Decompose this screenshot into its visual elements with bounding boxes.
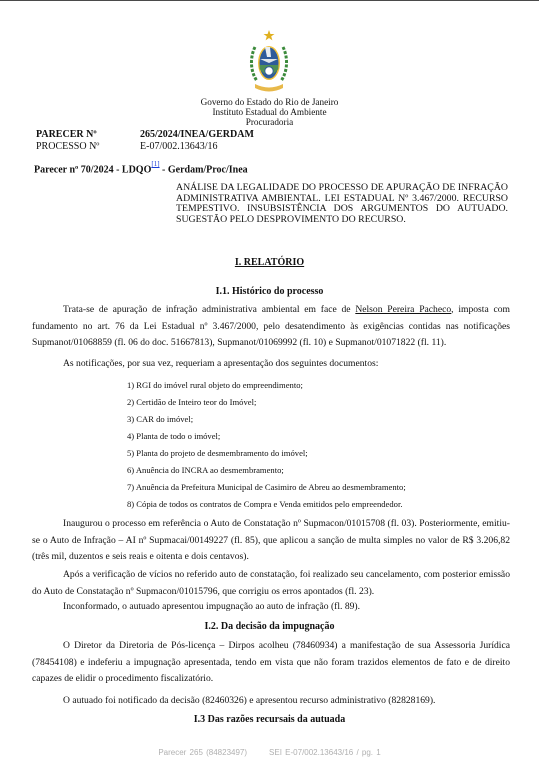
footnote-link[interactable]: [1] <box>151 160 159 168</box>
list-item: 6) Anuência do INCRA ao desmembramento; <box>127 465 284 475</box>
list-item: 7) Anuência da Prefeitura Municipal de C… <box>127 482 406 492</box>
footer-page-ref: SEI E-07/002.13643/16 / pg. 1 <box>269 748 381 757</box>
autuado-name: Nelson Pereira Pacheco <box>355 304 451 315</box>
institution-header: Governo do Estado do Rio de Janeiro Inst… <box>0 97 539 127</box>
section-historico: I.1. Histórico do processo <box>0 286 539 297</box>
paragraph-impugnacao: Inconformado, o autuado apresentou impug… <box>63 601 360 612</box>
p1-text-before: Trata-se de apuração de infração adminis… <box>63 304 355 315</box>
list-item: 5) Planta do projeto de desmembramento d… <box>127 448 308 458</box>
section-relatorio: I. RELATÓRIO <box>0 257 539 268</box>
paragraph-notificacoes: As notificações, por sua vez, requeriam … <box>63 358 378 369</box>
list-item: 4) Planta de todo o imóvel; <box>127 431 220 441</box>
list-item: 1) RGI do imóvel rural objeto do empreen… <box>127 380 303 390</box>
section-razoes: I.3 Das razões recursais da autuada <box>0 714 539 725</box>
paragraph-decisao: O Diretor da Diretoria de Pós-licença – … <box>32 638 510 688</box>
parecer-title: Parecer nº 70/2024 - LDQO[1] - Gerdam/Pr… <box>34 162 248 175</box>
parecer-label: PARECER Nº <box>36 129 97 140</box>
ementa: ANÁLISE DA LEGALIDADE DO PROCESSO DE APU… <box>176 183 508 225</box>
coat-of-arms-icon <box>247 29 291 95</box>
parecer-number: 265/2024/INEA/GERDAM <box>140 129 254 140</box>
list-item: 8) Cópia de todos os contratos de Compra… <box>127 499 403 509</box>
header-line-institute: Instituto Estadual do Ambiente <box>0 107 539 117</box>
p4-text: Após a verificação de vícios no referido… <box>32 569 510 597</box>
p3-text: Inaugurou o processo em referência o Aut… <box>32 518 510 562</box>
paragraph-autos: Inaugurou o processo em referência o Aut… <box>32 516 510 566</box>
processo-number: E-07/002.13643/16 <box>140 141 218 152</box>
list-item: 2) Certidão de Inteiro teor do Imóvel; <box>127 397 256 407</box>
processo-label: PROCESSO Nº <box>36 141 99 152</box>
parecer-title-prefix: Parecer nº 70/2024 - LDQO <box>34 164 151 175</box>
header-line-department: Procuradoria <box>0 117 539 127</box>
page-footer: Parecer 265 (84823497)SEI E-07/002.13643… <box>0 748 539 757</box>
header-line-government: Governo do Estado do Rio de Janeiro <box>0 97 539 107</box>
paragraph-historico: Trata-se de apuração de infração adminis… <box>32 302 510 352</box>
parecer-title-suffix: - Gerdam/Proc/Inea <box>160 164 248 175</box>
footer-doc-ref: Parecer 265 (84823497) <box>158 748 247 757</box>
paragraph-cancelamento: Após a verificação de vícios no referido… <box>32 567 510 600</box>
list-item: 3) CAR do imóvel; <box>127 414 193 424</box>
paragraph-recurso: O autuado foi notificado da decisão (824… <box>63 695 435 706</box>
section-decisao: I.2. Da decisão da impugnação <box>0 621 539 632</box>
p6-text: O Diretor da Diretoria de Pós-licença – … <box>32 640 510 684</box>
